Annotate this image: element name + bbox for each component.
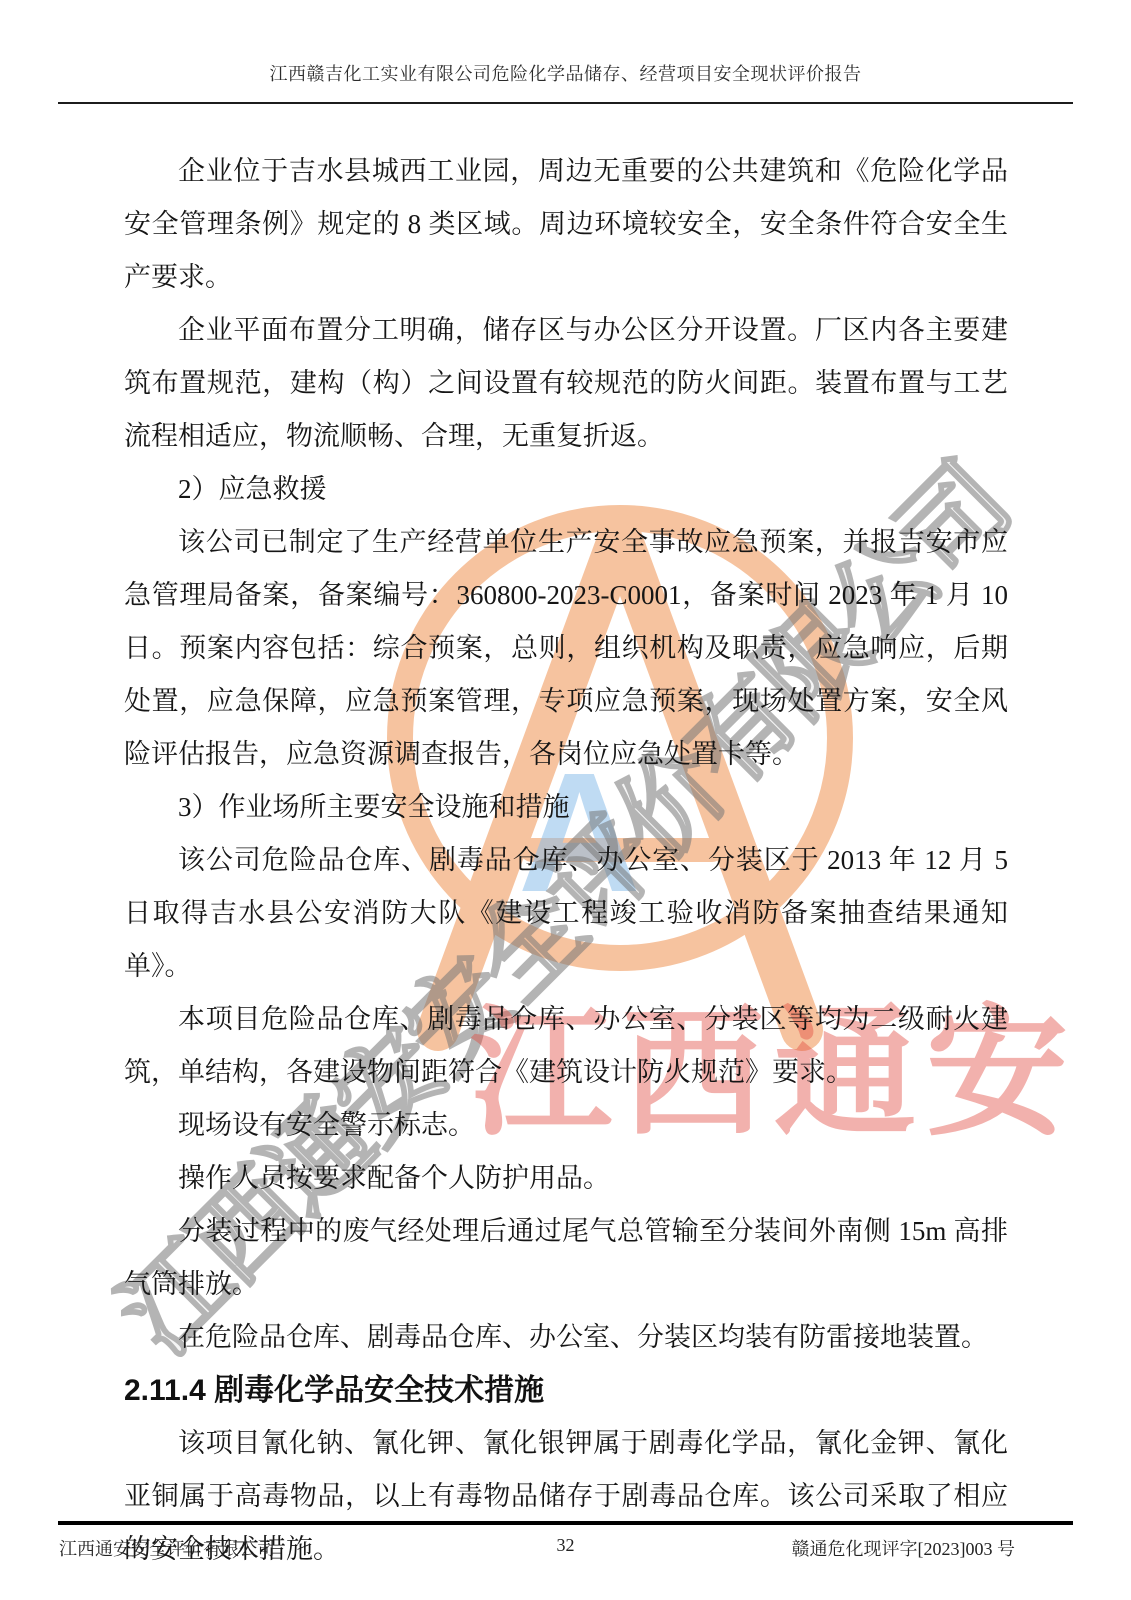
paragraph-site-location: 企业位于吉水县城西工业园，周边无重要的公共建筑和《危险化学品安全管理条例》规定的… bbox=[124, 145, 1008, 304]
document-body: 企业位于吉水县城西工业园，周边无重要的公共建筑和《危险化学品安全管理条例》规定的… bbox=[124, 145, 1008, 1576]
list-item-emergency-rescue: 2）应急救援 bbox=[124, 463, 1008, 516]
footer-page-number: 32 bbox=[557, 1535, 575, 1556]
section-heading-2-11-4: 2.11.4 剧毒化学品安全技术措施 bbox=[124, 1364, 1008, 1417]
paragraph-ppe: 操作人员按要求配备个人防护用品。 bbox=[124, 1152, 1008, 1205]
footer-company-name: 江西通安安全评价有限公司 bbox=[59, 1535, 275, 1561]
footer-document-number: 赣通危化现评字[2023]003 号 bbox=[792, 1535, 1016, 1561]
paragraph-fire-resistance: 本项目危险品仓库、剧毒品仓库、办公室、分装区等均为二级耐火建筑，单结构，各建设物… bbox=[124, 993, 1008, 1099]
list-item-workplace-safety: 3）作业场所主要安全设施和措施 bbox=[124, 781, 1008, 834]
paragraph-lightning-protection: 在危险品仓库、剧毒品仓库、办公室、分装区均装有防雷接地装置。 bbox=[124, 1311, 1008, 1364]
page-header-title: 江西赣吉化工实业有限公司危险化学品储存、经营项目安全现状评价报告 bbox=[0, 60, 1131, 86]
paragraph-emergency-plan: 该公司已制定了生产经营单位生产安全事故应急预案，并报吉安市应急管理局备案，备案编… bbox=[124, 516, 1008, 781]
paragraph-fire-acceptance: 该公司危险品仓库、剧毒品仓库、办公室、分装区于 2013 年 12 月 5 日取… bbox=[124, 834, 1008, 993]
paragraph-plant-layout: 企业平面布置分工明确，储存区与办公区分开设置。厂区内各主要建筑布置规范，建构（构… bbox=[124, 304, 1008, 463]
report-page: A 江西通安安全评价有限公司 江西通安 江西赣吉化工实业有限公司危险化学品储存、… bbox=[0, 0, 1131, 1600]
paragraph-warning-signs: 现场设有安全警示标志。 bbox=[124, 1099, 1008, 1152]
header-divider bbox=[58, 102, 1073, 104]
page-footer: 江西通安安全评价有限公司 32 赣通危化现评字[2023]003 号 bbox=[58, 1531, 1073, 1563]
paragraph-exhaust: 分装过程中的废气经处理后通过尾气总管输至分装间外南侧 15m 高排气筒排放。 bbox=[124, 1205, 1008, 1311]
footer-divider bbox=[58, 1521, 1073, 1525]
